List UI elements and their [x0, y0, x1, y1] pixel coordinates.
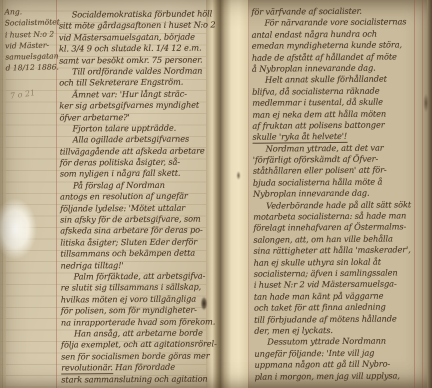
ink-smudge	[200, 295, 208, 312]
manuscript-line: antogs en resolution af ungefär	[60, 191, 210, 203]
manuscript-line: emedan myndigheterna kunde störa,	[252, 39, 414, 52]
margin-note-line: i huset N:o 2	[5, 28, 57, 40]
manuscript-line: re slutit sig tillsammans i sällskap,	[61, 282, 211, 294]
underlined-phrase: revolutionär.	[61, 362, 113, 374]
margin-note: Ang.Socialistmöteti huset N:o 2vid Mäste…	[4, 5, 57, 74]
manuscript-line: tillsammans och bekämpen detta	[60, 248, 210, 260]
right-page-edge	[427, 0, 432, 388]
manuscript-scan: Ang.Socialistmöteti huset N:o 2vid Mäste…	[0, 0, 432, 388]
manuscript-line: Alla ogillade arbetsgifvarnes	[60, 134, 210, 146]
manuscript-line: för polisen, som för myndigheter-	[61, 305, 211, 317]
book-gutter	[206, 0, 248, 388]
manuscript-line: sina rättigheter att hålla 'maskerader',	[253, 244, 415, 257]
manuscript-line: afskeda sina arbetare för deras po-	[60, 225, 210, 237]
margin-note-line: Socialistmötet	[5, 17, 57, 29]
ink-smudge	[423, 92, 429, 114]
margin-note-line: d 18/12 1886.	[5, 62, 57, 74]
ink-smudge	[236, 170, 241, 181]
right-page-text: för värfvande af socialister.För närvara…	[251, 5, 416, 382]
manuscript-line: plan i morgon, men jag vill upplysa,	[255, 370, 417, 383]
right-page-right-rule-inner	[422, 0, 423, 388]
manuscript-line: till förbjudande af mötens hållande	[254, 313, 416, 326]
manuscript-line: hade de afstått af hållandet af möte	[252, 51, 414, 64]
right-page-left-rule	[248, 0, 249, 388]
manuscript-line: följa exemplet, och att agitationsrörel-	[61, 339, 211, 351]
manuscript-line: ker sig arbetsgifvarnes myndighet	[59, 100, 209, 112]
manuscript-line: samt var besökt omkr. 75 personer.	[59, 54, 209, 66]
manuscript-line: stark sammanslutning och agitation	[61, 373, 211, 385]
manuscript-line: För närvarande vore socialisternas	[251, 17, 413, 30]
manuscript-line: sen för socialismen borde göras mer	[61, 350, 211, 362]
manuscript-line: na inrapporterade hvad som förekom.	[61, 316, 211, 328]
manuscript-line: tillvägagående att afskeda arbetare	[60, 145, 210, 157]
manuscript-line: sitt möte gårdagsaftonen i huset N:o 2	[59, 20, 209, 32]
manuscript-line: kl. 3/4 9 och slutade kl. 1/4 12 e.m.	[59, 43, 209, 55]
left-page-text: Socialdemokratiska förbundet höllsitt mö…	[59, 8, 212, 385]
manuscript-line: i huset N:r 2 vid Mästersamuelsga-	[254, 279, 416, 292]
manuscript-line: Till ordförande valdes Nordman	[59, 65, 209, 77]
underlined-phrase: skulle 'ryka åt helvete'!	[252, 131, 347, 143]
